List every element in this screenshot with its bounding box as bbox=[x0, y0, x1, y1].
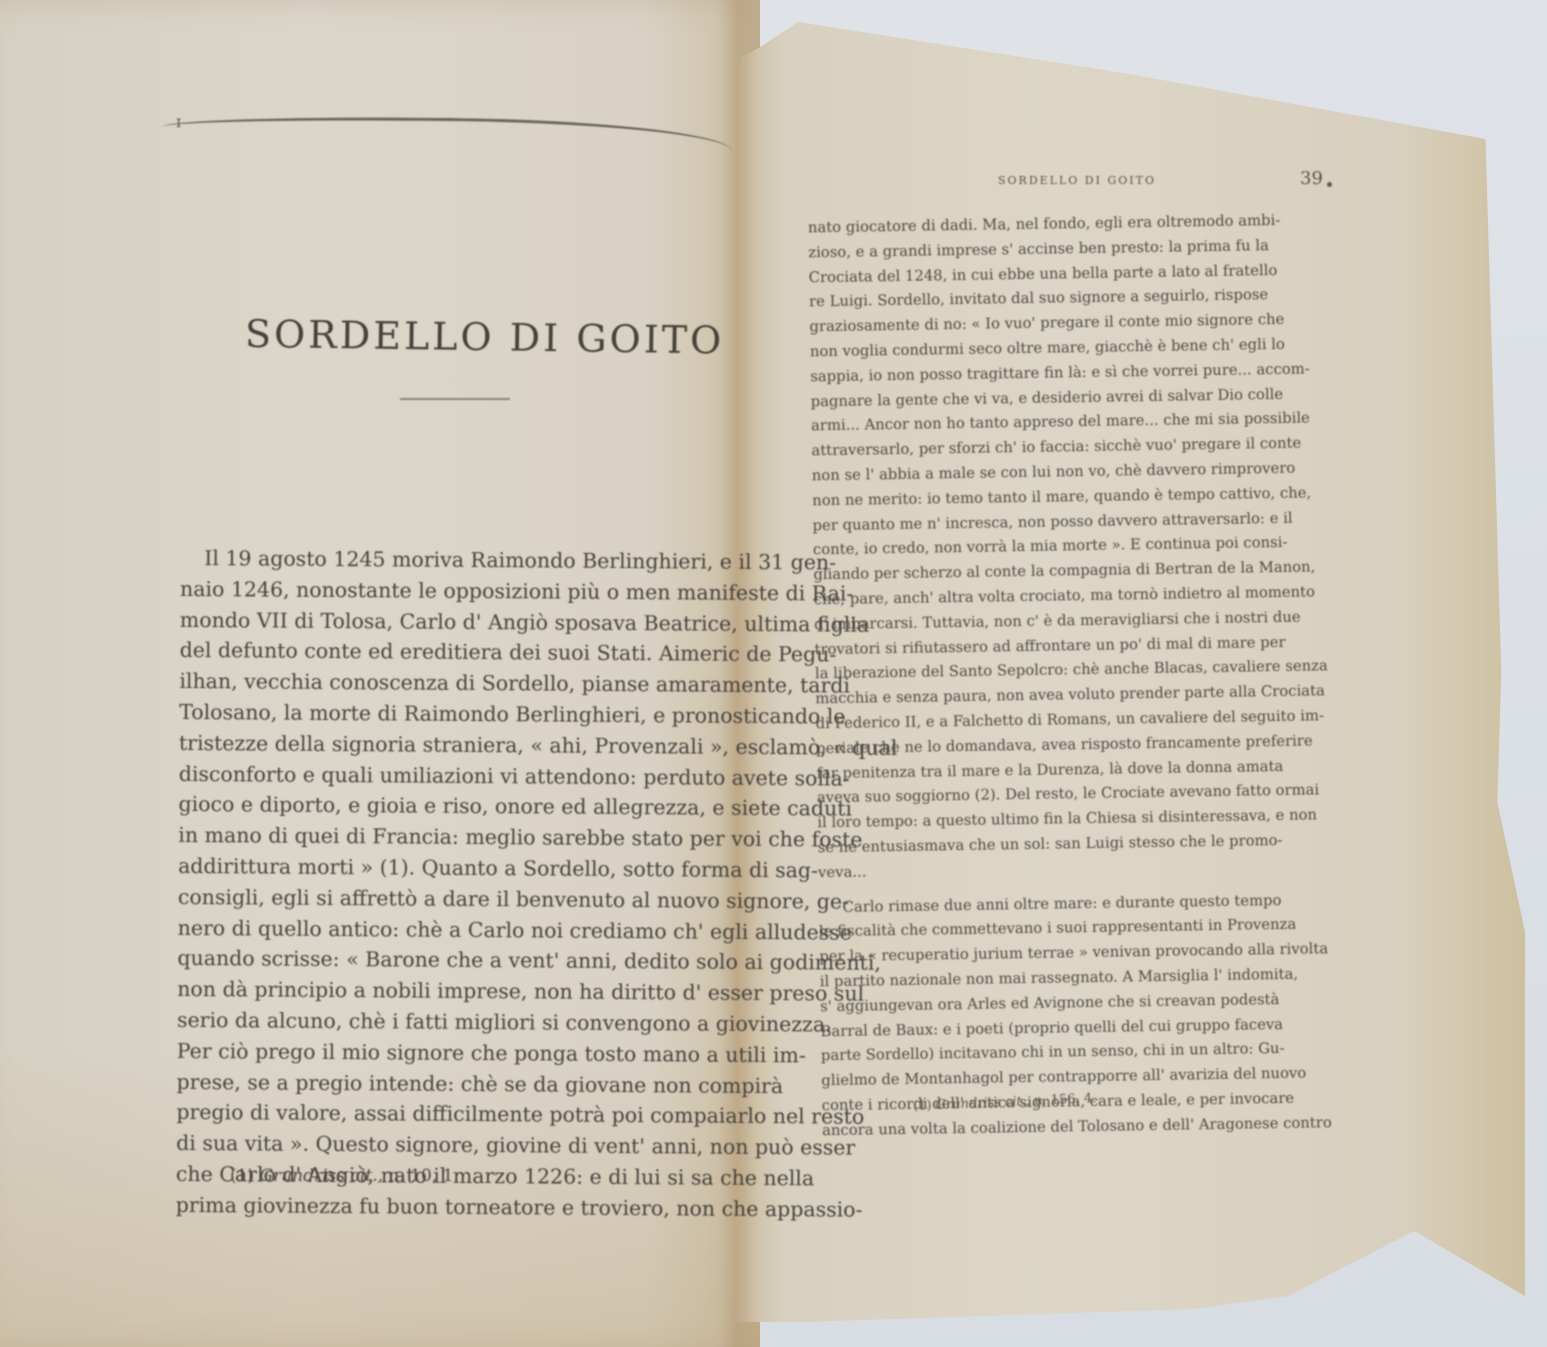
text-line: prima giovinezza fu buon torneatore e tr… bbox=[176, 1190, 776, 1225]
text-line: gioco e diporto, e gioia e riso, onore e… bbox=[178, 789, 778, 824]
text-line: disconforto e quali umiliazioni vi atten… bbox=[179, 758, 779, 793]
text-line: mondo VII di Tolosa, Carlo d' Angiò spos… bbox=[180, 605, 780, 640]
text-line: del defunto conte ed ereditiera dei suoi… bbox=[180, 635, 780, 670]
text-line: Per ciò prego il mio signore che ponga t… bbox=[177, 1036, 777, 1071]
page-number: 39 bbox=[1300, 168, 1323, 189]
text-line: in mano di quei di Francia: meglio sareb… bbox=[178, 820, 778, 855]
text-line: prese, se a pregio intende: chè se da gi… bbox=[177, 1066, 777, 1101]
paper-stain bbox=[1327, 182, 1332, 187]
text-line: pregio di valore, assai difficilmente po… bbox=[176, 1097, 776, 1132]
text-line: quando scrisse: « Barone che a vent' ann… bbox=[177, 943, 777, 978]
text-line: ilhan, vecchia conoscenza di Sordello, p… bbox=[179, 666, 779, 701]
title-divider bbox=[400, 398, 510, 400]
footnote-ref: n. 10, 1. bbox=[388, 1166, 458, 1186]
book-photo: ɪ SORDELLO DI GOITO Il 19 agosto 1245 mo… bbox=[0, 0, 1547, 1347]
left-footnote: (1) Grundriss cit., n. 10, 1. bbox=[230, 1166, 459, 1186]
running-head: SORDELLO DI GOITO bbox=[998, 174, 1156, 187]
footnote-source: Grundriss cit., bbox=[260, 1166, 384, 1186]
footnote-ref: n. 156, 4. bbox=[1034, 1091, 1097, 1109]
left-page-body: Il 19 agosto 1245 moriva Raimondo Berlin… bbox=[176, 543, 781, 1225]
text-line: nero di quello antico: chè a Carlo noi c… bbox=[178, 912, 778, 947]
right-page-body: nato giocatore di dadi. Ma, nel fondo, e… bbox=[808, 208, 1363, 1144]
text-line: consigli, egli si affrettò a dare il ben… bbox=[178, 882, 778, 917]
text-line: Tolosano, la morte di Raimondo Berlinghi… bbox=[179, 697, 779, 732]
text-line: naio 1246, nonostante le opposizioni più… bbox=[180, 574, 780, 609]
text-line: serio da alcuno, chè i fatti migliori si… bbox=[177, 1005, 777, 1040]
text-line: addirittura morti » (1). Quanto a Sordel… bbox=[178, 851, 778, 886]
text-line: Il 19 agosto 1245 moriva Raimondo Berlin… bbox=[180, 543, 780, 578]
text-line: non dà principio a nobili imprese, non h… bbox=[177, 974, 777, 1009]
chapter-title: SORDELLO DI GOITO bbox=[245, 312, 706, 362]
footnote-marker: (1) bbox=[913, 1098, 932, 1114]
text-line: di sua vita ». Questo signore, giovine d… bbox=[176, 1128, 776, 1163]
text-line: tristezze della signoria straniera, « ah… bbox=[179, 728, 779, 763]
footnote-marker: (1) bbox=[230, 1166, 254, 1186]
